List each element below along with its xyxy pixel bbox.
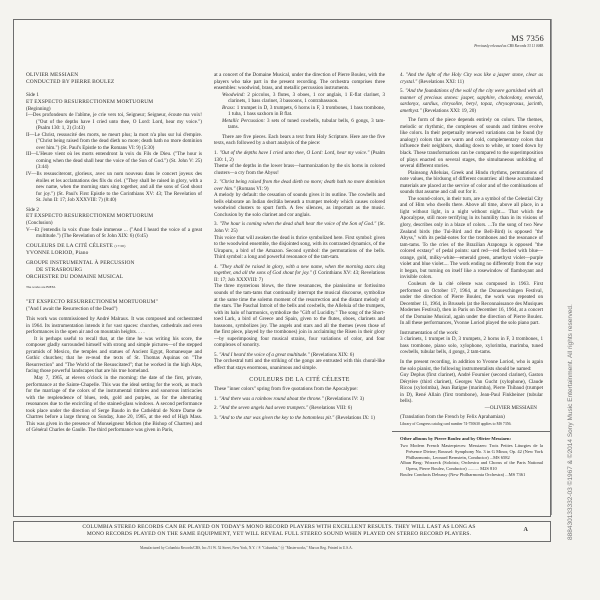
apocalypse-quote-4: 4. "And the light of the Holy City was l… xyxy=(400,72,543,85)
pianist-credit: YVONNE LORIOD, Piano xyxy=(26,250,202,257)
quote-ref: (Revelations XXI: 11) xyxy=(419,79,464,85)
quote-ref: (Revelations VIII: 6) xyxy=(309,405,352,411)
instr-percussion-label: Metallic Percussion: xyxy=(222,118,265,124)
track-1: I—Des profondeurs de l'abîme, je crie ve… xyxy=(26,112,202,132)
work2-title: COULEURS DE LA CITÉ CÉLESTE (17:00) xyxy=(26,243,202,250)
piece-2: 2. "Christ being raised from the dead di… xyxy=(214,179,385,192)
album-catalog: M2S 810 xyxy=(480,466,497,471)
copyright-vertical: 888430133332-03 ©1967 & ©2014 Sony Music… xyxy=(567,304,574,540)
piece-quote: "The hour is coming when the dead shall … xyxy=(219,221,376,227)
piece-num: 3. xyxy=(214,221,218,227)
piece-4-analysis: The three mysterious blows, the three re… xyxy=(214,283,385,348)
col2-paragraph-2: There are five pieces. Each bears a text… xyxy=(214,134,385,147)
other-album-1: Two Modern French Masterpieces: Messiaen… xyxy=(400,443,543,460)
players-list: Guy Deplus (first clarinet), André Fourn… xyxy=(400,372,543,405)
track-4: IV—Ils ressusciteront, glorieux, avec un… xyxy=(26,171,202,204)
piece-4: 4. "They shall be raised in glory, with … xyxy=(214,264,385,284)
col3-paragraph-5: In the present recording, in addition to… xyxy=(400,359,543,372)
previously-released-note: Previously released as CBS Records 33 11… xyxy=(474,44,544,48)
quote-ref: (Revelations IV: 3) xyxy=(325,396,364,402)
conductor-credit: CONDUCTED BY PIERRE BOULEZ xyxy=(26,79,202,86)
catalog-block: MS 7356 Previously released as CBS Recor… xyxy=(474,33,544,48)
quote-text: "And the seven angels had seven trumpets… xyxy=(219,405,308,411)
divider xyxy=(392,431,551,432)
instr-woodwind: Woodwind: 2 piccolos, 3 flutes, 3 oboes,… xyxy=(214,92,385,105)
instrumentation-list: 3 clarinets, 1 trumpet in D, 3 trumpets,… xyxy=(400,336,543,356)
ensemble-1-city: DE STRASBOURG xyxy=(26,267,202,274)
piece-5-analysis: The orchestral tutti and the striking of… xyxy=(214,358,385,371)
instr-percussion: Metallic Percussion: 3 sets of tuned cow… xyxy=(214,118,385,131)
stereo-notice-line-1: COLUMBIA STEREO RECORDS CAN BE PLAYED ON… xyxy=(44,524,514,531)
stereo-notice-line-2: MONO RECORDS PLAYED ON THE SAME EQUIPMEN… xyxy=(44,531,514,538)
piece-3: 3. "The hour is coming when the dead sha… xyxy=(214,221,385,234)
piece-ref: (Romans VI: 9) xyxy=(237,186,269,192)
apocalypse-quote-2: 2. "And the seven angels had seven trump… xyxy=(214,405,385,412)
instr-brass-label: Brass: xyxy=(222,105,235,111)
stereo-notice-text: COLUMBIA STEREO RECORDS CAN BE PLAYED ON… xyxy=(44,524,514,538)
album-catalog: ...MS 6582 xyxy=(490,455,510,460)
col2-paragraph-1: at a concert of the Domaine Musical, und… xyxy=(214,72,385,92)
apocalypse-quote-1: 1. "And there was a rainbow round about … xyxy=(214,396,385,403)
side1-title: ET EXSPECTO RESURRECTIONEM MORTUORUM xyxy=(26,99,202,106)
album-catalog: ...MS 7361 xyxy=(505,472,525,477)
couleurs-heading: COULEURS DE LA CITÉ CÉLESTE xyxy=(214,377,385,384)
piece-2-analysis: A melody by default: the cessation of so… xyxy=(214,192,385,218)
piece-num: 1. xyxy=(214,150,218,156)
apocalypse-quote-3: 3. "And to the star was given the key to… xyxy=(214,415,385,422)
other-album-3: Boulez Conducts Debussy (New Philharmoni… xyxy=(400,472,543,478)
piece-num: 5. xyxy=(214,352,218,358)
col3-paragraph-1: The form of the piece depends entirely o… xyxy=(400,117,543,169)
quote-ref: (Revelations IX: 1) xyxy=(336,415,375,421)
couleurs-intro: These "inner colors" spring from five qu… xyxy=(214,386,385,393)
quote-num: 3. xyxy=(214,415,218,421)
signature: —OLIVIER MESSIAEN xyxy=(400,405,543,412)
column-1: OLIVIER MESSIAEN CONDUCTED BY PIERRE BOU… xyxy=(26,72,202,434)
track-2: II—Le Christ, ressuscité des morts, ne m… xyxy=(26,132,202,152)
catalog-number: MS 7356 xyxy=(474,33,544,43)
col3-paragraph-2: Plainsong Alleluias, Greek and Hindu rhy… xyxy=(400,170,543,196)
manufacturer-line: Manufactured by Columbia Records/CBS, In… xyxy=(140,546,353,551)
piece-3-analysis: This voice that will awaken the dead is … xyxy=(214,235,385,261)
right-edge-line xyxy=(551,19,552,515)
biem-note: The works are BIEM. xyxy=(26,284,202,291)
quote-text: "And there was a rainbow round about the… xyxy=(219,396,324,402)
instr-woodwind-text: 2 piccolos, 3 flutes, 3 oboes, 1 cor ang… xyxy=(228,92,385,105)
work2-title-text: COULEURS DE LA CITÉ CÉLESTE xyxy=(26,243,113,249)
quote-text: "And to the star was given the key to th… xyxy=(219,415,334,421)
ensemble-2: ORCHESTRE DU DOMAINE MUSICAL xyxy=(26,274,202,281)
quote-num: 5. xyxy=(400,88,404,94)
column-3: 4. "And the light of the Holy City was l… xyxy=(400,72,543,478)
loc-catalog-note: Library of Congress catalog card number … xyxy=(400,421,543,428)
piece-1: 1. "Out of the depths have I cried unto … xyxy=(214,150,385,163)
piece-num: 2. xyxy=(214,179,218,185)
piece-quote: "Out of the depths have I cried unto the… xyxy=(219,150,369,156)
apocalypse-quote-5: 5. "And the foundations of the wall of t… xyxy=(400,88,543,114)
quote-ref: (Revelations XXI: 19, 20) xyxy=(423,108,476,114)
column-2: at a concert of the Domaine Musical, und… xyxy=(214,72,385,421)
quote-num: 2. xyxy=(214,405,218,411)
piece-1-analysis: Theme of the depths in the lower brass—h… xyxy=(214,163,385,176)
essay-paragraph-3: May 7, 1965, at eleven o'clock in the mo… xyxy=(26,375,202,434)
quote-num: 1. xyxy=(214,396,218,402)
liner-notes-panel: MS 7356 Previously released as CBS Recor… xyxy=(13,19,551,517)
piece-num: 4. xyxy=(214,264,218,270)
other-album-2: Alban Berg: Wozzeck (Soloists; Orchestra… xyxy=(400,460,543,472)
album-text: Two Modern French Masterpieces: Messiaen… xyxy=(400,443,543,460)
track-3: III—L'Heure vient où les morts entendron… xyxy=(26,151,202,171)
banner-mark: A xyxy=(524,527,528,534)
piece-quote: "And I heard the voice of a great multit… xyxy=(219,352,310,358)
instr-brass-text: 1 trumpet in D, 3 trumpets, 6 horns in F… xyxy=(228,105,385,118)
instr-woodwind-label: Woodwind: xyxy=(222,92,245,98)
album-text: Alban Berg: Wozzeck (Soloists; Orchestra… xyxy=(400,460,543,471)
ensemble-1: GROUPE INSTRUMENTAL À PERCUSSION xyxy=(26,260,202,267)
piece-ref: (Revelations XIX: 6) xyxy=(311,352,354,358)
stereo-notice-banner: COLUMBIA STEREO RECORDS CAN BE PLAYED ON… xyxy=(13,521,551,542)
quote-num: 4. xyxy=(400,72,404,78)
col3-paragraph-4: Couleurs de la cité céleste was composed… xyxy=(400,281,543,327)
essay-paragraph-1: This work was commissioned by André Malr… xyxy=(26,316,202,336)
track-5: V—Et j'entendis la voix d'une foule imme… xyxy=(26,227,202,240)
essay-subtitle: ("And I await the Resurrection of the De… xyxy=(26,306,202,313)
essay-paragraph-2: It is perhaps useful to recall that, at … xyxy=(26,336,202,375)
composer-name: OLIVIER MESSIAEN xyxy=(26,72,202,79)
album-text: Boulez Conducts Debussy (New Philharmoni… xyxy=(400,472,504,477)
col3-paragraph-3: The sound-colors, in their turn, are a s… xyxy=(400,196,543,281)
instr-brass: Brass: 1 trumpet in D, 3 trumpets, 6 hor… xyxy=(214,105,385,118)
work2-time: (17:00) xyxy=(115,244,126,248)
